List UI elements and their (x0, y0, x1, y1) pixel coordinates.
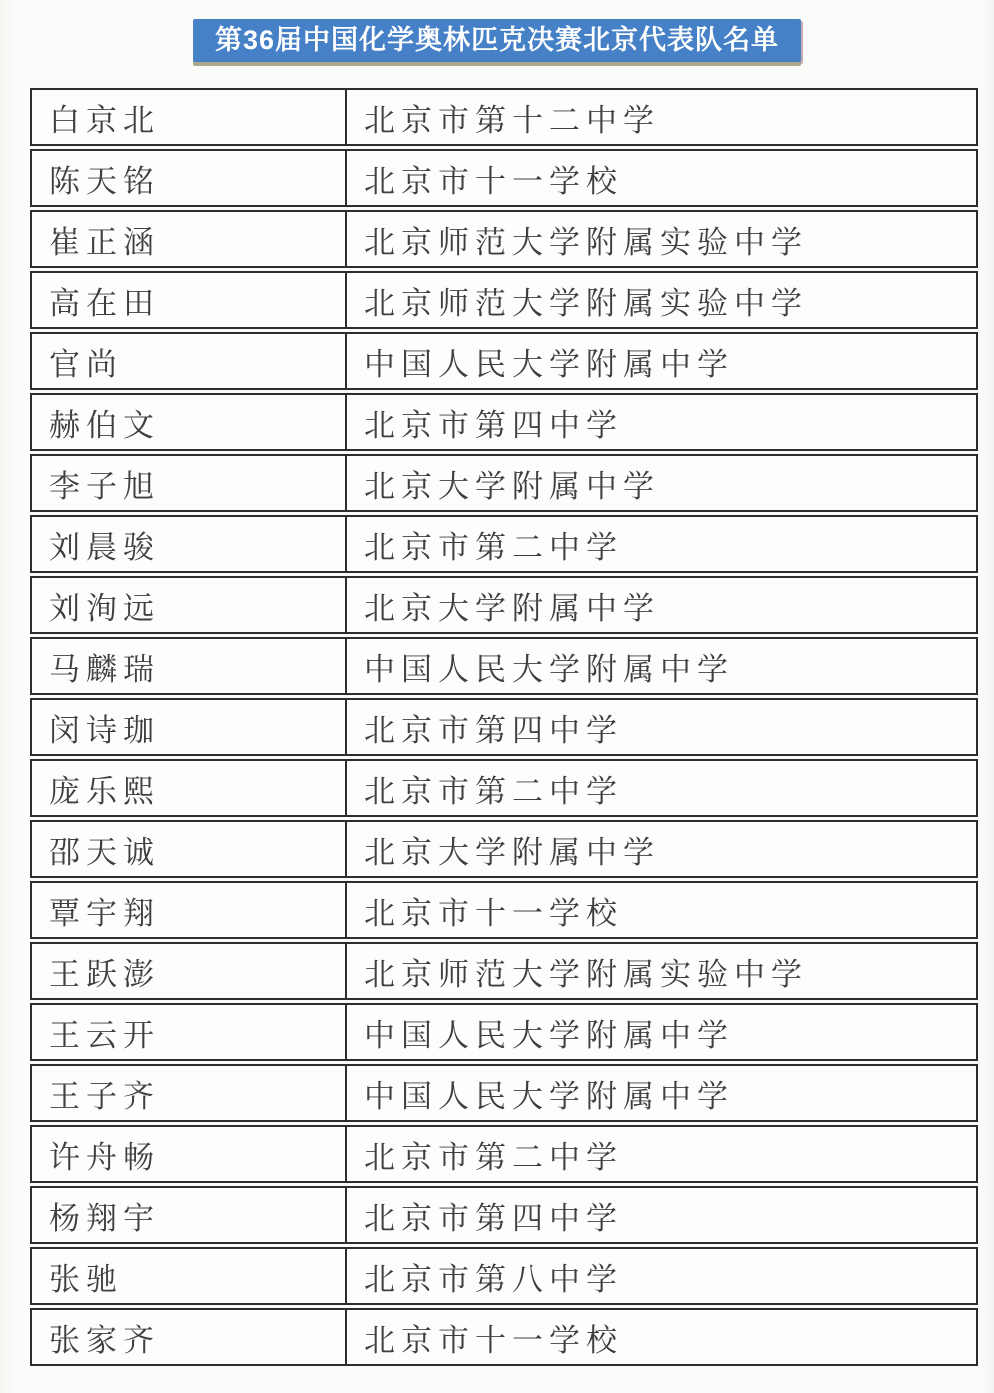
table-row: 白京北北京市第十二中学 (30, 88, 978, 146)
school-cell: 北京师范大学附属实验中学 (346, 271, 978, 329)
page: 第36届中国化学奥林匹克决赛北京代表队名单 白京北北京市第十二中学陈天铭北京市十… (0, 0, 994, 1393)
student-name-cell: 王跃澎 (30, 942, 346, 1000)
student-name-cell: 赫伯文 (30, 393, 346, 451)
student-name-cell: 闵诗珈 (30, 698, 346, 756)
table-row: 官尚中国人民大学附属中学 (30, 332, 978, 390)
student-name-cell: 张驰 (30, 1247, 346, 1305)
student-name-cell: 许舟畅 (30, 1125, 346, 1183)
table-row: 高在田北京师范大学附属实验中学 (30, 271, 978, 329)
school-cell: 北京师范大学附属实验中学 (346, 942, 978, 1000)
table-row: 张家齐北京市十一学校 (30, 1308, 978, 1366)
school-cell: 北京大学附属中学 (346, 576, 978, 634)
roster-table-body: 白京北北京市第十二中学陈天铭北京市十一学校崔正涵北京师范大学附属实验中学高在田北… (30, 88, 978, 1366)
student-name-cell: 李子旭 (30, 454, 346, 512)
roster-table: 白京北北京市第十二中学陈天铭北京市十一学校崔正涵北京师范大学附属实验中学高在田北… (30, 85, 978, 1369)
table-row: 邵天诚北京大学附属中学 (30, 820, 978, 878)
student-name-cell: 白京北 (30, 88, 346, 146)
school-cell: 中国人民大学附属中学 (346, 332, 978, 390)
student-name-cell: 庞乐熙 (30, 759, 346, 817)
student-name-cell: 刘洵远 (30, 576, 346, 634)
student-name-cell: 崔正涵 (30, 210, 346, 268)
student-name-cell: 刘晨骏 (30, 515, 346, 573)
table-row: 杨翔宇北京市第四中学 (30, 1186, 978, 1244)
student-name-cell: 马麟瑞 (30, 637, 346, 695)
table-row: 陈天铭北京市十一学校 (30, 149, 978, 207)
table-row: 崔正涵北京师范大学附属实验中学 (30, 210, 978, 268)
student-name-cell: 官尚 (30, 332, 346, 390)
school-cell: 北京市第八中学 (346, 1247, 978, 1305)
table-row: 许舟畅北京市第二中学 (30, 1125, 978, 1183)
school-cell: 北京市第十二中学 (346, 88, 978, 146)
school-cell: 北京市第四中学 (346, 393, 978, 451)
student-name-cell: 杨翔宇 (30, 1186, 346, 1244)
school-cell: 北京市第二中学 (346, 759, 978, 817)
student-name-cell: 陈天铭 (30, 149, 346, 207)
school-cell: 北京市第二中学 (346, 1125, 978, 1183)
school-cell: 中国人民大学附属中学 (346, 1003, 978, 1061)
school-cell: 北京师范大学附属实验中学 (346, 210, 978, 268)
table-row: 王云开中国人民大学附属中学 (30, 1003, 978, 1061)
school-cell: 北京市十一学校 (346, 149, 978, 207)
table-row: 马麟瑞中国人民大学附属中学 (30, 637, 978, 695)
table-row: 赫伯文北京市第四中学 (30, 393, 978, 451)
table-row: 刘晨骏北京市第二中学 (30, 515, 978, 573)
table-row: 王子齐中国人民大学附属中学 (30, 1064, 978, 1122)
school-cell: 北京市第四中学 (346, 698, 978, 756)
student-name-cell: 王云开 (30, 1003, 346, 1061)
student-name-cell: 邵天诚 (30, 820, 346, 878)
school-cell: 北京市十一学校 (346, 1308, 978, 1366)
school-cell: 北京大学附属中学 (346, 454, 978, 512)
school-cell: 北京市第二中学 (346, 515, 978, 573)
table-row: 李子旭北京大学附属中学 (30, 454, 978, 512)
title-banner-container: 第36届中国化学奥林匹克决赛北京代表队名单 (0, 19, 994, 62)
school-cell: 北京市十一学校 (346, 881, 978, 939)
table-row: 刘洵远北京大学附属中学 (30, 576, 978, 634)
school-cell: 中国人民大学附属中学 (346, 1064, 978, 1122)
table-row: 王跃澎北京师范大学附属实验中学 (30, 942, 978, 1000)
table-row: 庞乐熙北京市第二中学 (30, 759, 978, 817)
student-name-cell: 覃宇翔 (30, 881, 346, 939)
school-cell: 北京市第四中学 (346, 1186, 978, 1244)
school-cell: 北京大学附属中学 (346, 820, 978, 878)
table-row: 闵诗珈北京市第四中学 (30, 698, 978, 756)
page-title: 第36届中国化学奥林匹克决赛北京代表队名单 (193, 19, 801, 62)
school-cell: 中国人民大学附属中学 (346, 637, 978, 695)
student-name-cell: 王子齐 (30, 1064, 346, 1122)
student-name-cell: 高在田 (30, 271, 346, 329)
student-name-cell: 张家齐 (30, 1308, 346, 1366)
table-row: 覃宇翔北京市十一学校 (30, 881, 978, 939)
table-row: 张驰北京市第八中学 (30, 1247, 978, 1305)
